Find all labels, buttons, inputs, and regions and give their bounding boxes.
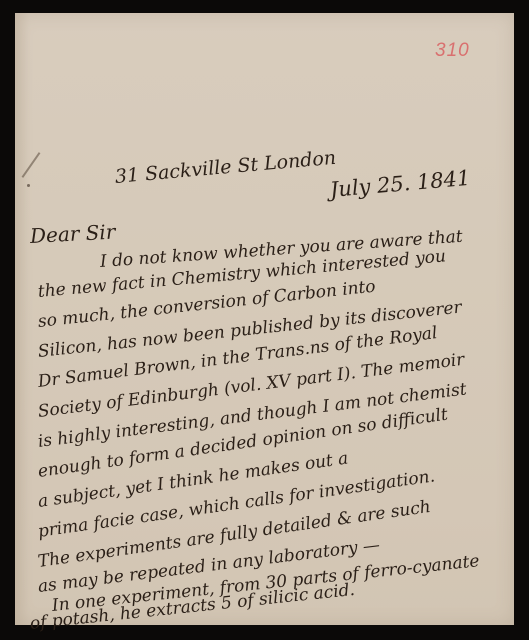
letter-salutation: Dear Sir <box>29 220 116 248</box>
folio-number: 310 <box>435 40 470 62</box>
scanned-document: 310 31 Sackville St London July 25. 1841… <box>0 0 529 640</box>
ink-dot <box>27 184 30 187</box>
